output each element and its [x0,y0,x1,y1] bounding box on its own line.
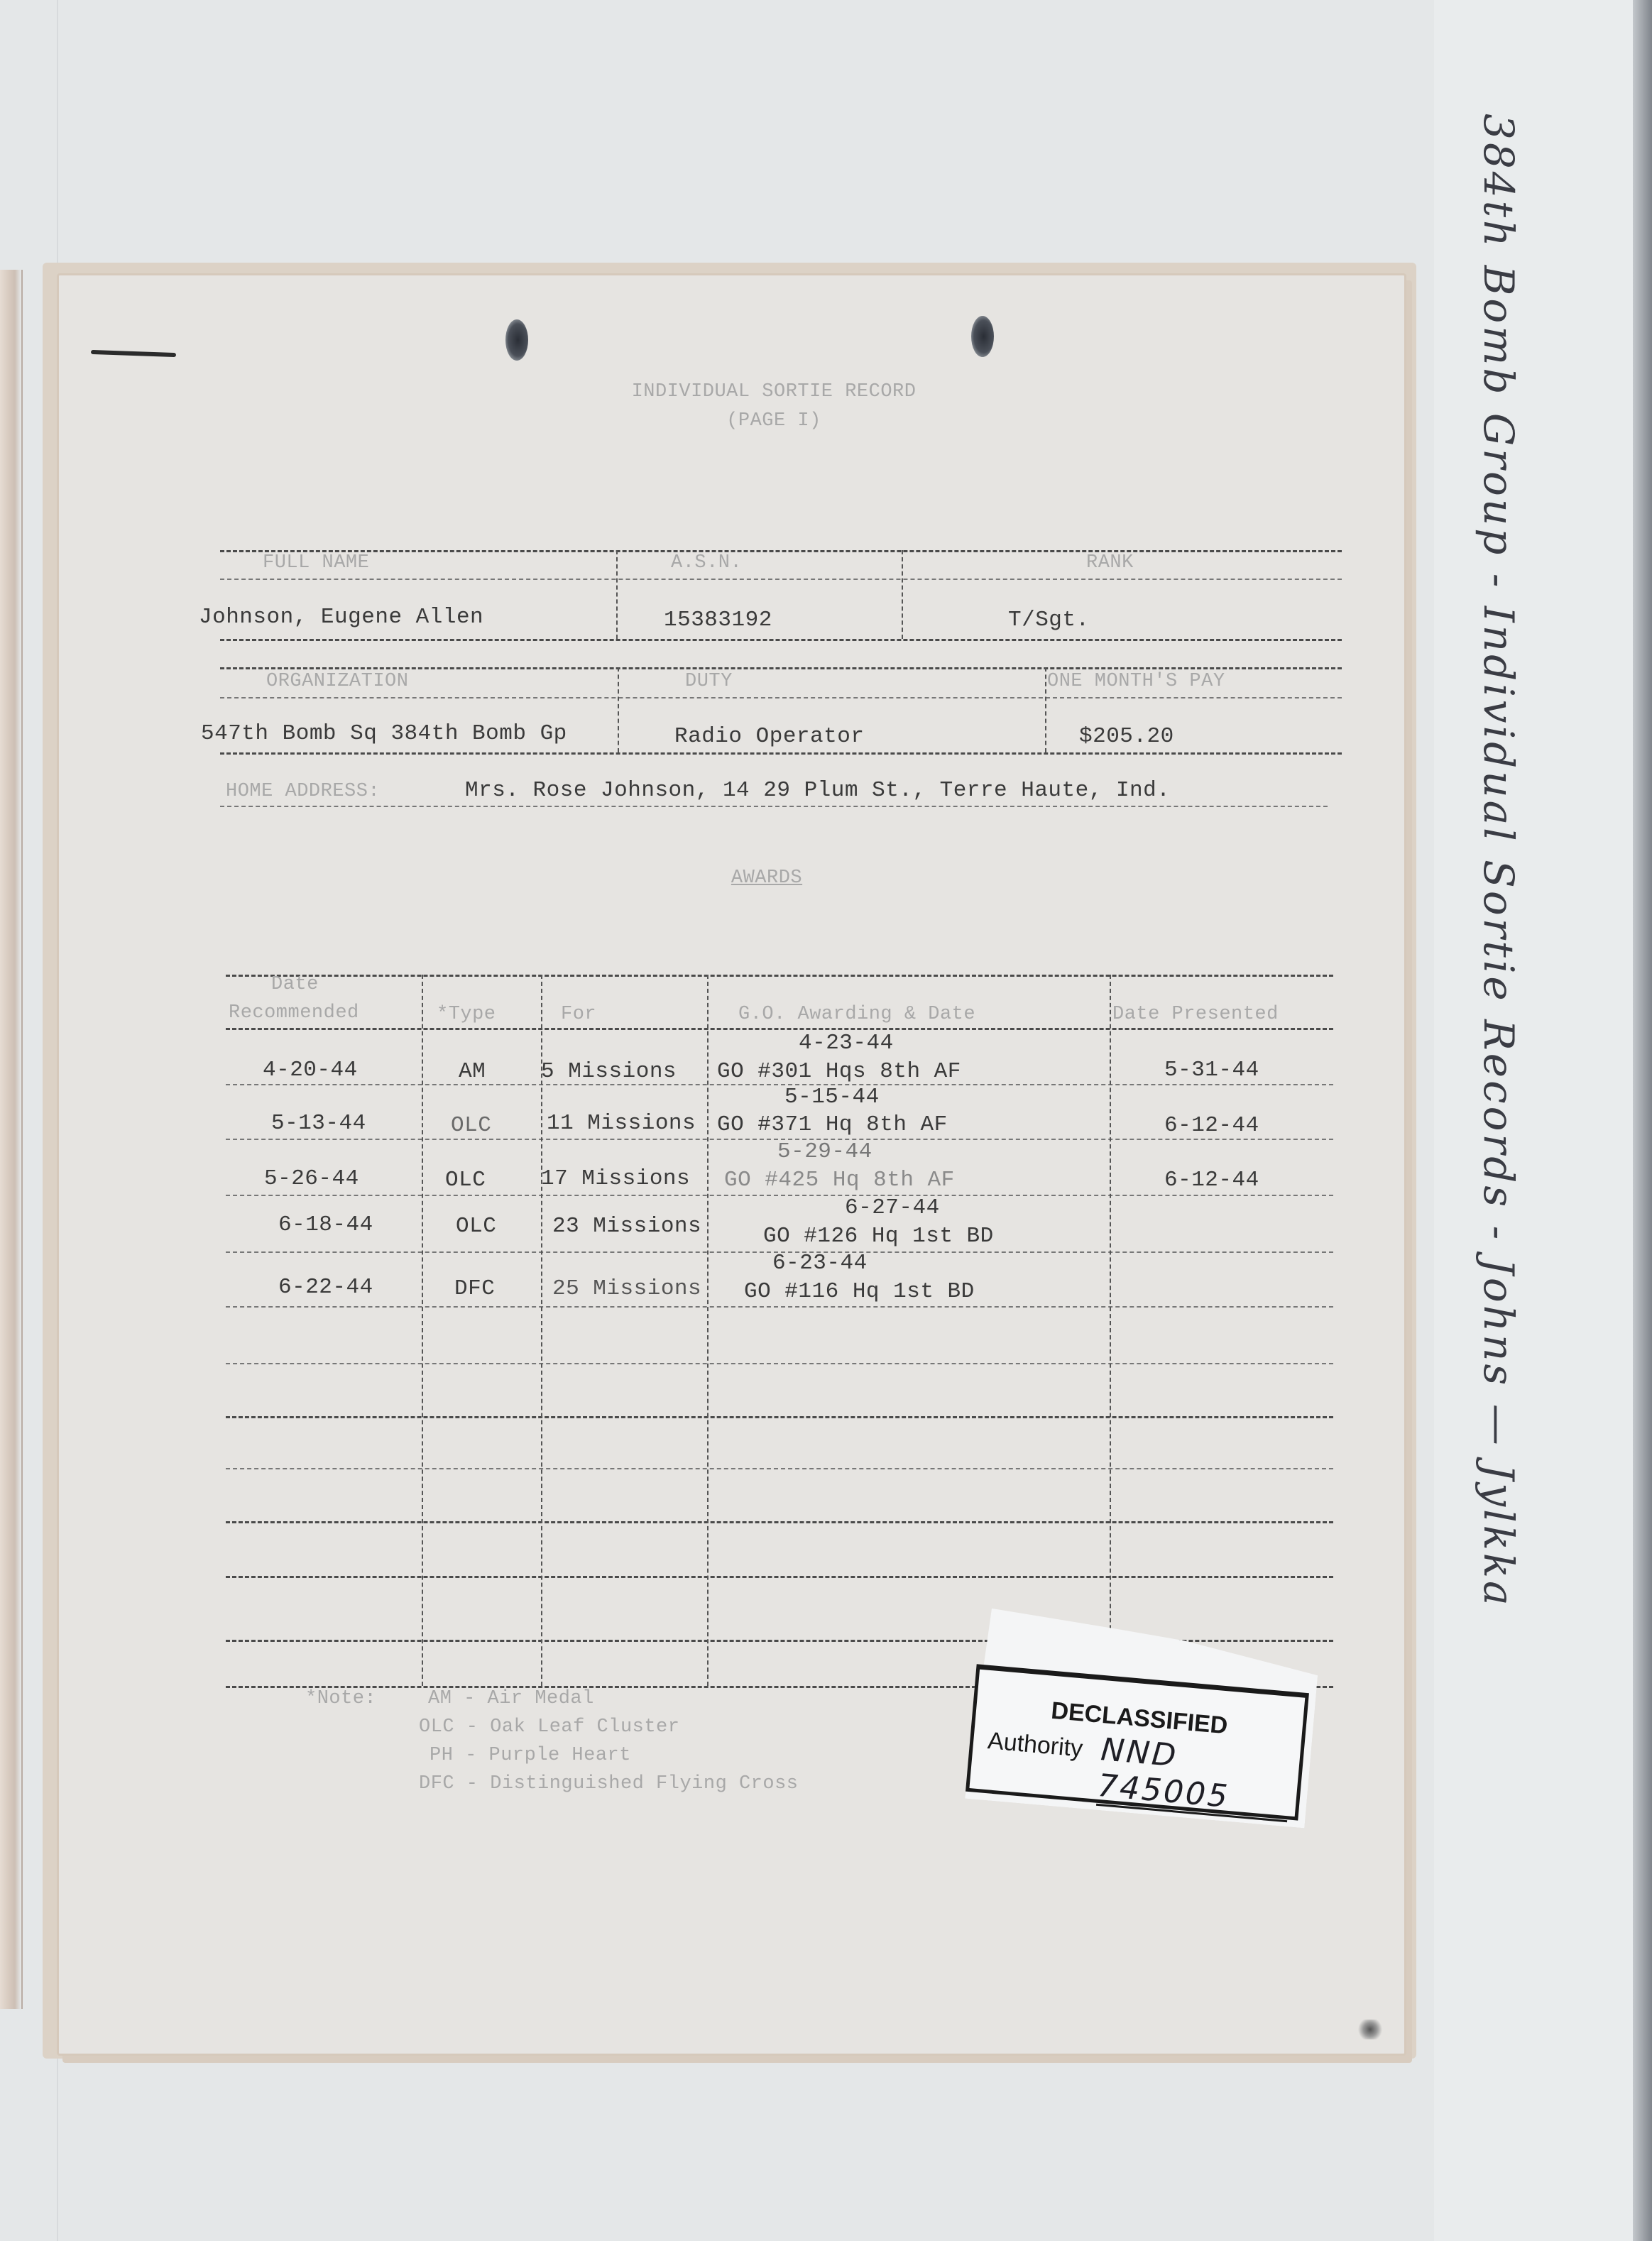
declassified-stamp: DECLASSIFIED Authority NND 745005 [965,1608,1321,1829]
folder-handwritten-label: 384th Bomb Group - Individual Sortie Rec… [1466,114,1523,1675]
divider [902,550,903,639]
rank-label: RANK [1086,552,1134,574]
row-rule [226,1195,1333,1196]
row2-type: OLC [451,1113,491,1138]
punch-hole-icon [971,316,994,357]
row1-type: AM [459,1059,486,1084]
duty-label: DUTY [685,671,733,692]
row4-date-recommended: 6-18-44 [278,1212,373,1237]
awards-heading: AWARDS [731,867,802,889]
pay-value: $205.20 [1079,724,1174,749]
rule [220,697,1342,698]
punch-hole-icon [505,319,528,361]
row3-for: 17 Missions [541,1166,690,1191]
column-header-type: *Type [437,1004,496,1025]
row2-for: 11 Missions [547,1111,696,1136]
row-rule [226,1306,1333,1308]
note-item-olc: OLC - Oak Leaf Cluster [419,1716,679,1738]
row1-go-order: GO #301 Hqs 8th AF [717,1059,961,1084]
divider [616,550,618,639]
row5-type: DFC [454,1276,495,1301]
serial-label: A.S.N. [671,552,742,574]
organization-label: ORGANIZATION [266,671,408,692]
column-header-date-presented: Date Presented [1112,1004,1279,1025]
document-title: INDIVIDUAL SORTIE RECORD [632,381,917,402]
serial-number-value: 15383192 [664,608,772,632]
row-rule [226,1576,1333,1578]
row3-date-recommended: 5-26-44 [264,1166,359,1191]
row1-date-recommended: 4-20-44 [263,1058,358,1083]
pay-label: ONE MONTH'S PAY [1047,671,1225,692]
page-shadow-edge [1633,0,1652,2241]
rule [220,806,1328,807]
folder-backing [1434,0,1633,2241]
row-rule [226,1521,1333,1523]
row1-for: 5 Missions [541,1059,677,1084]
rank-value: T/Sgt. [1008,608,1090,632]
full-name-value: Johnson, Eugene Allen [199,605,483,630]
rule [220,752,1342,755]
column-header-date-top: Date [271,974,319,995]
home-address-label: HOME ADDRESS: [226,781,380,802]
paper-stack-edge [0,270,23,2009]
row1-date-presented: 5-31-44 [1164,1058,1259,1083]
staple-tear-icon [1356,2020,1384,2039]
column-divider [707,975,709,1686]
rule [220,639,1342,641]
row-rule [226,1084,1333,1085]
column-header-go-awarding: G.O. Awarding & Date [738,1004,975,1025]
row3-go-order: GO #425 Hq 8th AF [724,1168,955,1193]
full-name-label: FULL NAME [263,552,369,574]
row-rule [226,1468,1333,1469]
note-label: *Note: [305,1688,376,1709]
row3-date-presented: 6-12-44 [1164,1168,1259,1193]
note-item-dfc: DFC - Distinguished Flying Cross [419,1773,798,1795]
note-item-ph: PH - Purple Heart [430,1745,631,1766]
row5-go-date: 6-23-44 [772,1251,868,1276]
rule [220,550,1342,552]
divider [1045,667,1046,752]
duty-value: Radio Operator [674,724,864,749]
table-top-rule [226,975,1333,977]
row-rule [226,1363,1333,1364]
rule [220,667,1342,669]
row3-go-date: 5-29-44 [777,1139,873,1164]
column-divider [422,975,423,1686]
row-rule [226,1416,1333,1418]
row1-go-date: 4-23-44 [799,1031,894,1056]
column-header-date-recommended: Recommended [229,1002,359,1024]
row4-for: 23 Missions [552,1214,701,1239]
table-header-rule [226,1028,1333,1030]
row4-go-order: GO #126 Hq 1st BD [763,1224,994,1249]
column-divider [1110,975,1111,1686]
column-header-for: For [561,1004,596,1025]
stamp-authority-label: Authority [987,1727,1084,1763]
row4-go-date: 6-27-44 [845,1195,940,1220]
home-address-value: Mrs. Rose Johnson, 14 29 Plum St., Terre… [465,778,1170,803]
note-item-am: AM - Air Medal [428,1688,594,1709]
row2-date-recommended: 5-13-44 [271,1111,366,1136]
row2-go-date: 5-15-44 [784,1085,880,1109]
organization-value: 547th Bomb Sq 384th Bomb Gp [201,721,567,746]
row5-go-order: GO #116 Hq 1st BD [744,1279,975,1304]
row5-date-recommended: 6-22-44 [278,1275,373,1300]
document-subtitle: (PAGE I) [726,410,821,432]
divider [618,667,619,752]
row5-for: 25 Missions [552,1276,701,1301]
row4-type: OLC [456,1214,496,1239]
row3-type: OLC [445,1168,486,1193]
row2-date-presented: 6-12-44 [1164,1113,1259,1138]
rule [220,579,1342,580]
row2-go-order: GO #371 Hq 8th AF [717,1112,948,1137]
